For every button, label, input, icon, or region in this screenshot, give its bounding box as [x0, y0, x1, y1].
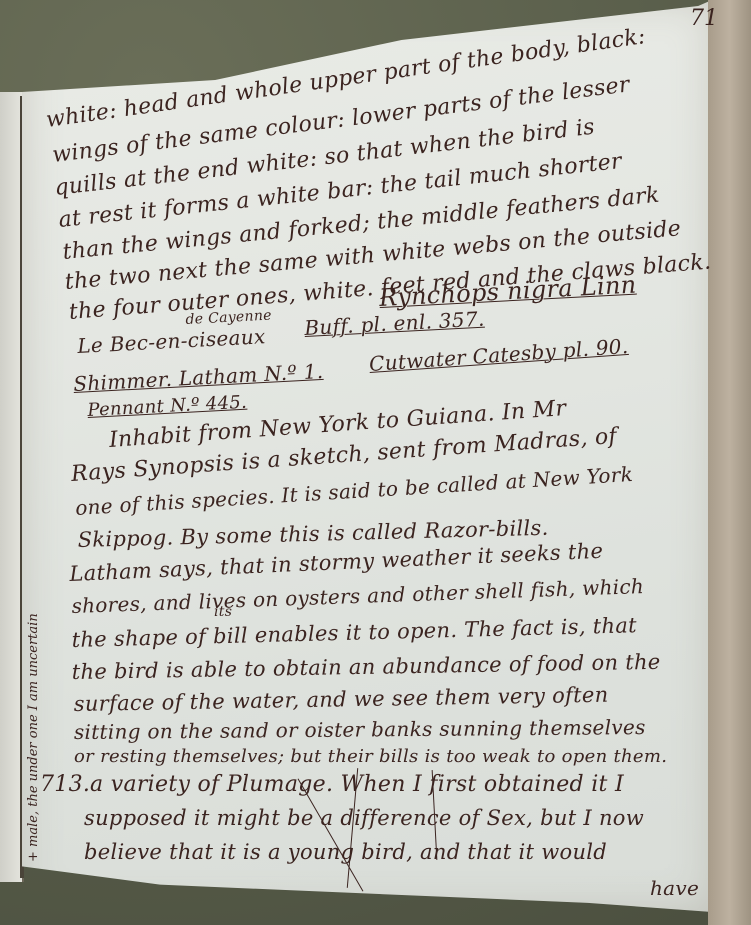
margin-note: + male, the under one I am uncertain	[26, 613, 41, 862]
entry-number: 713.	[40, 772, 90, 797]
entry-line-2: supposed it might be a difference of Sex…	[84, 806, 644, 830]
page-right-edge	[708, 0, 751, 925]
body-line-10: sitting on the sand or oister banks sunn…	[74, 715, 646, 744]
page-number: 71	[690, 6, 718, 31]
body-line-11: or resting themselves; but their bills i…	[74, 746, 667, 767]
entry-line-4: have	[650, 876, 699, 900]
insert-its: its	[214, 604, 232, 620]
